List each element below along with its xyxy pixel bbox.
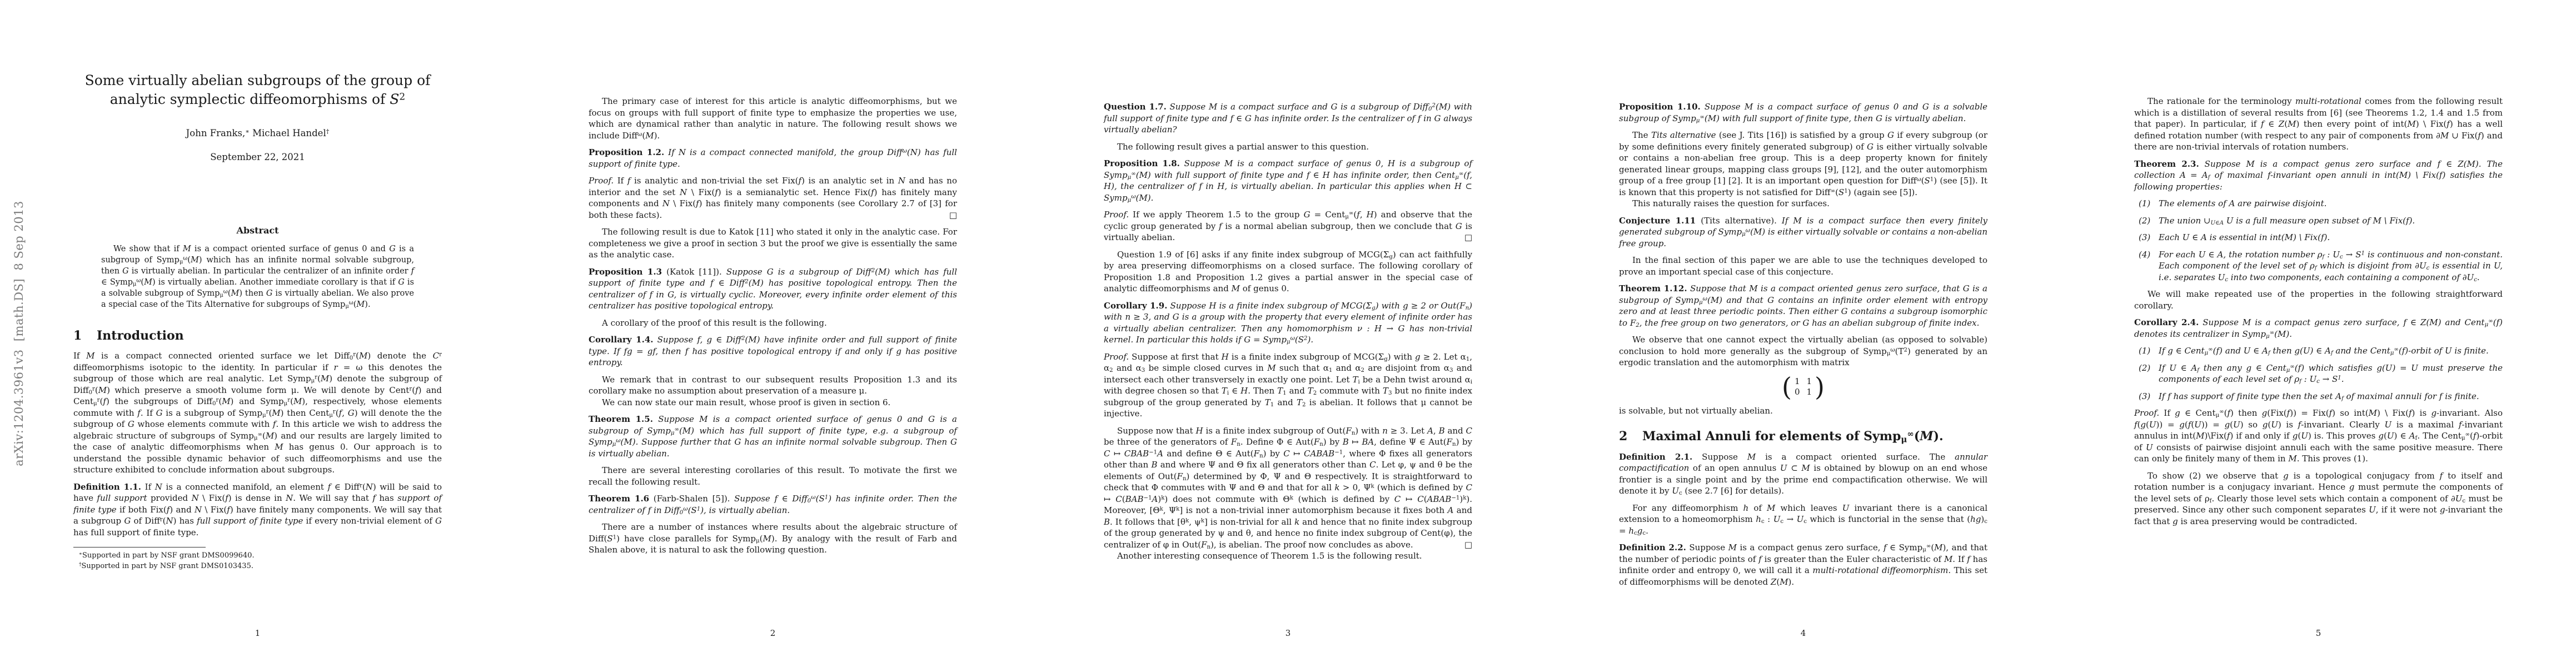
- paragraph: We will make repeated use of the propert…: [2134, 288, 2503, 311]
- proof-block: Proof. Suppose at first that H is a fini…: [1104, 351, 1472, 420]
- theorem-label: Corollary 1.9.: [1104, 301, 1167, 311]
- page-content: Proposition 1.10. Suppose M is a compact…: [1546, 0, 2061, 588]
- theorem-block: Theorem 2.3. Suppose M is a compact genu…: [2134, 158, 2503, 193]
- item-label: (4): [2139, 249, 2150, 261]
- theorem-label: Theorem 1.6: [589, 494, 649, 504]
- paragraph: The Tits alternative (see J. Tits [16]) …: [1619, 130, 1987, 198]
- paragraph: There are several interesting corollarie…: [589, 465, 957, 487]
- item-label: (1): [2139, 345, 2150, 357]
- page-number: 3: [1030, 628, 1546, 638]
- list-item: (3)If f has support of finite type then …: [2139, 391, 2503, 402]
- page-1: Some virtually abelian subgroups of the …: [0, 0, 515, 667]
- theorem-block: Corollary 2.4. Suppose M is a compact ge…: [2134, 317, 2503, 340]
- proof-label: Proof.: [2134, 408, 2159, 418]
- paragraph: A corollary of the proof of this result …: [589, 317, 957, 329]
- section-number: 1: [73, 330, 97, 342]
- item-label: (3): [2139, 232, 2150, 243]
- qed-tombstone: □: [949, 210, 957, 221]
- theorem-block: Definition 1.1. If N is a connected mani…: [73, 481, 442, 539]
- list-item: (4)For each U ∈ A, the rotation number ρ…: [2139, 249, 2503, 283]
- theorem-label: Theorem 1.12.: [1619, 283, 1687, 293]
- proof-block: Proof. If f is analytic and non-trivial …: [589, 175, 957, 221]
- theorem-label: Theorem 2.3.: [2134, 159, 2199, 169]
- page-content: Some virtually abelian subgroups of the …: [0, 0, 515, 571]
- paragraph: The rationale for the terminology multi-…: [2134, 96, 2503, 153]
- page-2: The primary case of interest for this ar…: [515, 0, 1030, 667]
- footnote: ∗Supported in part by NSF grant DMS00996…: [79, 551, 442, 561]
- item-label: (2): [2139, 362, 2150, 374]
- theorem-label: Proposition 1.8.: [1104, 158, 1180, 168]
- theorem-block: Corollary 1.9. Suppose H is a finite ind…: [1104, 300, 1472, 346]
- theorem-label: Conjecture 1.11: [1619, 216, 1696, 226]
- section-heading: 2Maximal Annuli for elements of Sympμ∞(M…: [1619, 431, 1987, 442]
- item-label: (2): [2139, 215, 2150, 227]
- page-number: 4: [1546, 628, 2061, 638]
- footnote-marker: †: [79, 562, 81, 568]
- theorem-label: Definition 2.1.: [1619, 452, 1692, 462]
- list-item: (1)If g ∈ Centμ∞(f) and U ∈ Af then g(U)…: [2139, 345, 2503, 357]
- date-line: September 22, 2021: [73, 152, 442, 163]
- page-content: The primary case of interest for this ar…: [515, 0, 1030, 556]
- page-number: 1: [0, 628, 515, 638]
- theorem-label: Proposition 1.3: [589, 267, 662, 277]
- paragraph: In the final section of this paper we ar…: [1619, 255, 1987, 277]
- proof-label: Proof.: [1104, 210, 1129, 220]
- theorem-label: Question 1.7.: [1104, 102, 1167, 112]
- theorem-label: Corollary 2.4.: [2134, 317, 2199, 327]
- left-paren: (: [1782, 374, 1792, 400]
- paragraph: For any diffeomorphism h of M which leav…: [1619, 502, 1987, 537]
- list-item: (2)If U ∈ Af then any g ∈ Centμ∞(f) whic…: [2139, 362, 2503, 385]
- page-3: Question 1.7. Suppose M is a compact sur…: [1030, 0, 1546, 667]
- list-item: (3)Each U ∈ A is essential in int(M) \ F…: [2139, 232, 2503, 243]
- footnote-marker: ∗: [79, 551, 82, 557]
- section-heading: 1Introduction: [73, 330, 442, 342]
- proof-block: Proof. If g ∈ Centμ∞(f) then g(Fix(f)) =…: [2134, 407, 2503, 465]
- document-strip: arXiv:1204.3961v3 [math.DS] 8 Sep 2013 S…: [0, 0, 2576, 667]
- list-item: (2)The union ∪U∈A U is a full measure op…: [2139, 215, 2503, 227]
- matrix-entry: 1: [1807, 387, 1812, 397]
- proof-label: Proof.: [589, 176, 614, 186]
- qed-tombstone: □: [1451, 539, 1472, 551]
- theorem-block: Definition 2.1. Suppose M is a compact o…: [1619, 451, 1987, 497]
- theorem-label: Definition 2.2.: [1619, 542, 1686, 552]
- paper-title: Some virtually abelian subgroups of the …: [76, 71, 440, 109]
- paragraph: This naturally raises the question for s…: [1619, 198, 1987, 210]
- pages-row: Some virtually abelian subgroups of the …: [0, 0, 2576, 667]
- theorem-label: Corollary 1.4.: [589, 335, 654, 345]
- page-number: 2: [515, 628, 1030, 638]
- section-number: 2: [1619, 431, 1642, 442]
- page-4: Proposition 1.10. Suppose M is a compact…: [1546, 0, 2061, 667]
- theorem-block: Proposition 1.8. Suppose M is a compact …: [1104, 158, 1472, 203]
- theorem-label: Theorem 1.5.: [589, 414, 653, 424]
- abstract-heading: Abstract: [73, 225, 442, 237]
- paragraph: is solvable, but not virtually abelian.: [1619, 405, 1987, 417]
- theorem-block: Definition 2.2. Suppose M is a compact g…: [1619, 542, 1987, 588]
- paragraph: We remark that in contrast to our subseq…: [589, 374, 957, 397]
- paragraph: Question 1.9 of [6] asks if any finite i…: [1104, 249, 1472, 295]
- theorem-label: Proposition 1.10.: [1619, 102, 1701, 112]
- page-number: 5: [2061, 628, 2576, 638]
- theorem-block: Question 1.7. Suppose M is a compact sur…: [1104, 101, 1472, 136]
- theorem-block: Proposition 1.3 (Katok [11]). Suppose G …: [589, 266, 957, 312]
- theorem-block: Theorem 1.6 (Farb-Shalen [5]). Suppose f…: [589, 493, 957, 516]
- theorem-block: Conjecture 1.11 (Tits alternative). If M…: [1619, 215, 1987, 250]
- paragraph: We can now state our main result, whose …: [589, 397, 957, 409]
- page-5: The rationale for the terminology multi-…: [2061, 0, 2576, 667]
- paragraph: The primary case of interest for this ar…: [589, 96, 957, 141]
- matrix-entry: 1: [1795, 376, 1800, 387]
- theorem-block: Corollary 1.4. Suppose f, g ∈ Diff2(M) h…: [589, 334, 957, 369]
- paragraph: We observe that one cannot expect the vi…: [1619, 334, 1987, 369]
- theorem-label: Proposition 1.2.: [589, 147, 664, 157]
- paragraph: If M is a compact connected oriented sur…: [73, 350, 442, 476]
- footnote: †Supported in part by NSF grant DMS01034…: [79, 561, 442, 572]
- theorem-label: Definition 1.1.: [73, 482, 141, 492]
- qed-tombstone: □: [1464, 232, 1472, 243]
- theorem-block: Proposition 1.2. If N is a compact conne…: [589, 147, 957, 170]
- footnote-rule: [73, 547, 206, 547]
- theorem-block: Proposition 1.10. Suppose M is a compact…: [1619, 101, 1987, 124]
- arxiv-watermark: arXiv:1204.3961v3 [math.DS] 8 Sep 2013: [12, 201, 26, 466]
- abstract-text: We show that if M is a compact oriented …: [101, 243, 414, 310]
- matrix-entry: 0: [1795, 387, 1800, 397]
- matrix-entry: 1: [1807, 376, 1812, 387]
- matrix-display: (1101): [1619, 374, 1987, 400]
- right-paren: ): [1815, 374, 1825, 400]
- paragraph: The following result gives a partial ans…: [1104, 141, 1472, 153]
- proof-block: Proof. If we apply Theorem 1.5 to the gr…: [1104, 209, 1472, 243]
- page-content: Question 1.7. Suppose M is a compact sur…: [1030, 0, 1546, 562]
- page-content: The rationale for the terminology multi-…: [2061, 0, 2576, 527]
- paragraph: Suppose now that H is a finite index sub…: [1104, 425, 1472, 551]
- item-label: (1): [2139, 198, 2150, 210]
- theorem-block: Theorem 1.12. Suppose that M is a compac…: [1619, 283, 1987, 328]
- item-label: (3): [2139, 391, 2150, 402]
- paragraph: There are a number of instances where re…: [589, 521, 957, 556]
- paragraph: To show (2) we observe that g is a topol…: [2134, 470, 2503, 527]
- paragraph: Another interesting consequence of Theor…: [1104, 550, 1472, 562]
- list-item: (1)The elements of A are pairwise disjoi…: [2139, 198, 2503, 210]
- theorem-block: Theorem 1.5. Suppose M is a compact orie…: [589, 414, 957, 459]
- authors-line: John Franks,∗ Michael Handel†: [73, 128, 442, 140]
- proof-label: Proof.: [1104, 352, 1129, 362]
- paragraph: The following result is due to Katok [11…: [589, 226, 957, 261]
